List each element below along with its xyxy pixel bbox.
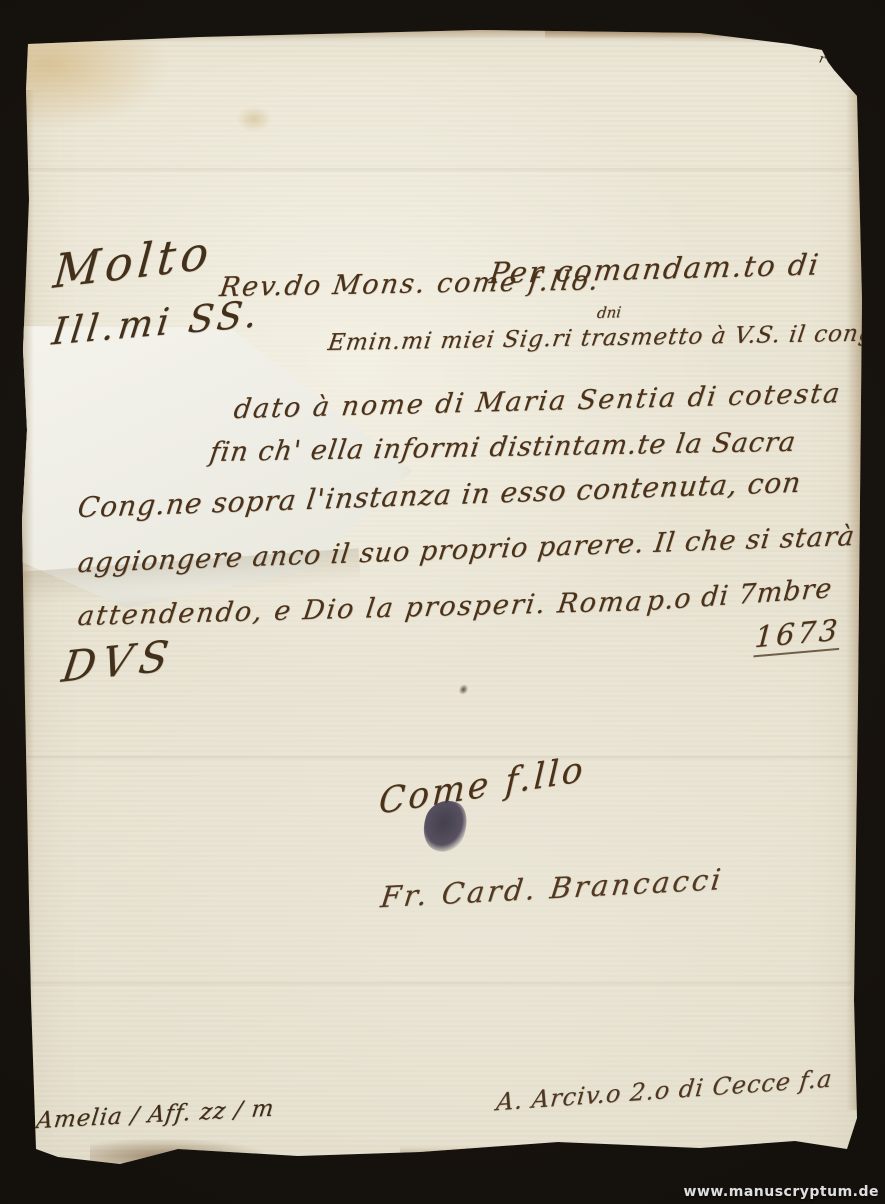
stain-top-right [545, 24, 835, 44]
corner-annotation: r [818, 52, 827, 68]
stain-bottom-left [90, 1138, 270, 1164]
manuscript-paper: r Molto Rev.do Mons. come f.llo. Per com… [0, 0, 885, 1204]
year: 1673 [753, 613, 841, 658]
salutation-flourish: Molto [51, 224, 215, 299]
stain-top-left [22, 36, 172, 131]
date-line: p.o di 7mbre [645, 573, 833, 617]
body-line-2: Emin.mi miei Sig.ri trasmetto à V.S. il … [326, 319, 885, 356]
body-line-1: Per comandam.to di [488, 247, 823, 290]
paper-speck [457, 682, 470, 696]
monogram-flourish: DVS [59, 630, 178, 692]
docket-bottom-right: A. Arciv.o 2.o di Cecce f.a [495, 1065, 834, 1117]
stain-right-edge [846, 90, 862, 1110]
photo-background: r Molto Rev.do Mons. come f.llo. Per com… [0, 0, 885, 1204]
body-line-3: dato à nome di Maria Sentia di cotesta [232, 378, 843, 425]
stain-top-edge [30, 25, 810, 42]
stain-spot [236, 106, 272, 132]
fold-crease [26, 756, 852, 762]
fold-crease [26, 982, 852, 988]
watermark-text: www.manuscryptum.de [684, 1184, 879, 1200]
superscript-abbreviation: dni [596, 303, 622, 322]
signature: Fr. Card. Brancacci [379, 862, 726, 914]
fold-crease [26, 168, 852, 174]
stain-bottom-middle [400, 1146, 640, 1160]
docket-bottom-left: Amelia / Aff. zz / m [35, 1096, 276, 1135]
